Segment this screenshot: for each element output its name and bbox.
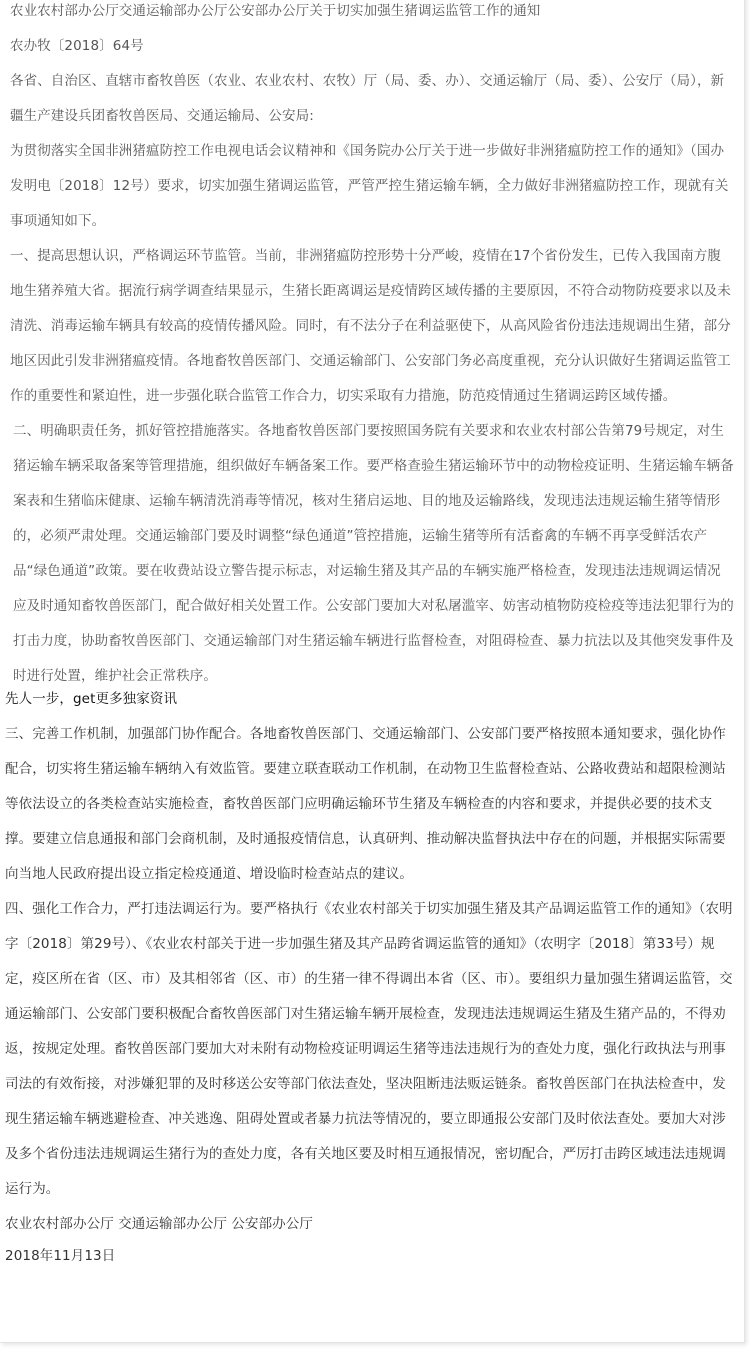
section-4-paragraph: 四、强化工作合力，严打违法调运行为。要严格执行《农业农村部关于切实加强生猪及其产… [5, 892, 736, 1207]
issue-date: 2018年11月13日 [5, 1241, 736, 1271]
document-number: 农办牧〔2018〕64号 [10, 29, 734, 64]
signature: 农业农村部办公厅 交通运输部办公厅 公安部办公厅 [5, 1207, 736, 1241]
notice-upper-block: 农业农村部办公厅交通运输部办公厅公安部办公厅关于切实加强生猪调运监管工作的通知 … [0, 0, 744, 694]
section-2-paragraph: 二、明确职责任务，抓好管控措施落实。各地畜牧兽医部门要按照国务院有关要求和农业农… [10, 414, 734, 694]
notice-title: 农业农村部办公厅交通运输部办公厅公安部办公厅关于切实加强生猪调运监管工作的通知 [10, 0, 734, 29]
section-1-paragraph: 一、提高思想认识，严格调运环节监管。当前，非洲猪瘟防控形势十分严峻，疫情在17个… [10, 239, 734, 414]
notice-lower-block: 三、完善工作机制，加强部门协作配合。各地畜牧兽医部门、交通运输部门、公安部门要严… [0, 717, 744, 1271]
intro-paragraph: 为贯彻落实全国非洲猪瘟防控工作电视电话会议精神和《国务院办公厅关于进一步做好非洲… [10, 134, 734, 239]
addressees: 各省、自治区、直辖市畜牧兽医（农业、农业农村、农牧）厅（局、委、办）、交通运输厅… [10, 64, 734, 134]
section-3-paragraph: 三、完善工作机制，加强部门协作配合。各地畜牧兽医部门、交通运输部门、公安部门要严… [5, 717, 736, 892]
document-page: 农业农村部办公厅交通运输部办公厅公安部办公厅关于切实加强生猪调运监管工作的通知 … [0, 0, 745, 1343]
promo-line: 先人一步，get更多独家资讯 [5, 690, 744, 708]
